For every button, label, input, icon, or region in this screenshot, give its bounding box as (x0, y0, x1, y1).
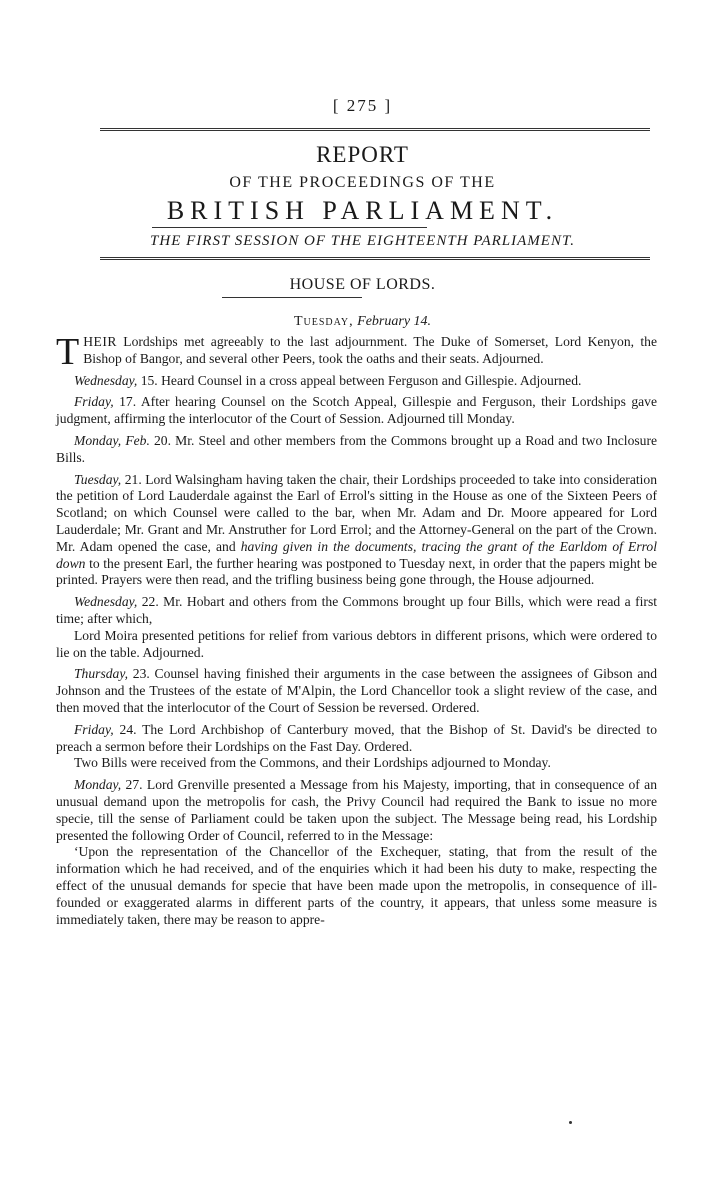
entry-paragraph: Friday, 24. The Lord Archbishop of Cante… (56, 722, 657, 756)
entry-paragraph: Monday, 27. Lord Grenville presented a M… (56, 777, 657, 844)
header-rule-top (100, 128, 650, 131)
entry-paragraph: Two Bills were received from the Commons… (56, 755, 657, 772)
entry-day: Tuesday, (74, 472, 121, 487)
entry-day: Thursday, (74, 666, 128, 681)
entry-paragraph: Tuesday, 21. Lord Walsingham having take… (56, 472, 657, 590)
entry-paragraph: Thursday, 23. Counsel having finished th… (56, 666, 657, 716)
drop-cap: T (56, 337, 79, 367)
house-rule (222, 297, 362, 298)
entry-day: Friday, (74, 722, 114, 737)
entry-paragraph: Lord Moira presented petitions for relie… (56, 628, 657, 662)
entry-day: Wednesday, (74, 594, 137, 609)
entry-paragraph: Wednesday, 22. Mr. Hobart and others fro… (56, 594, 657, 628)
report-subtitle: OF THE PROCEEDINGS OF THE (0, 174, 725, 192)
entry-paragraph: Wednesday, 15. Heard Counsel in a cross … (56, 373, 657, 390)
entry-paragraph: Friday, 17. After hearing Counsel on the… (56, 394, 657, 428)
session-rule (100, 257, 650, 260)
entry-paragraph: Monday, Feb. 20. Mr. Steel and other mem… (56, 433, 657, 467)
entry-day: Monday, (74, 777, 121, 792)
entry-day: Monday, Feb. (74, 433, 150, 448)
proceedings-body: THEIR Lordships met agreeably to the las… (56, 334, 657, 933)
dateline-date: February 14. (357, 314, 431, 329)
entry-day: Wednesday, (74, 373, 137, 388)
quoted-order-paragraph: ‘Upon the representation of the Chancell… (56, 844, 657, 928)
entry-day: Friday, (74, 394, 114, 409)
dateline-day: Tuesday, (294, 314, 354, 329)
report-title: REPORT (0, 142, 725, 168)
entry-paragraph: THEIR Lordships met agreeably to the las… (56, 334, 657, 368)
document-page: [ 275 ] REPORT OF THE PROCEEDINGS OF THE… (0, 0, 725, 1189)
house-heading: HOUSE OF LORDS. (0, 276, 725, 294)
parliament-title: BRITISH PARLIAMENT. (0, 196, 725, 226)
dateline: Tuesday, February 14. (0, 314, 725, 330)
page-number: [ 275 ] (0, 96, 725, 116)
title-rule (152, 227, 427, 228)
print-speck (569, 1121, 572, 1124)
session-heading: THE FIRST SESSION OF THE EIGHTEENTH PARL… (0, 233, 725, 250)
